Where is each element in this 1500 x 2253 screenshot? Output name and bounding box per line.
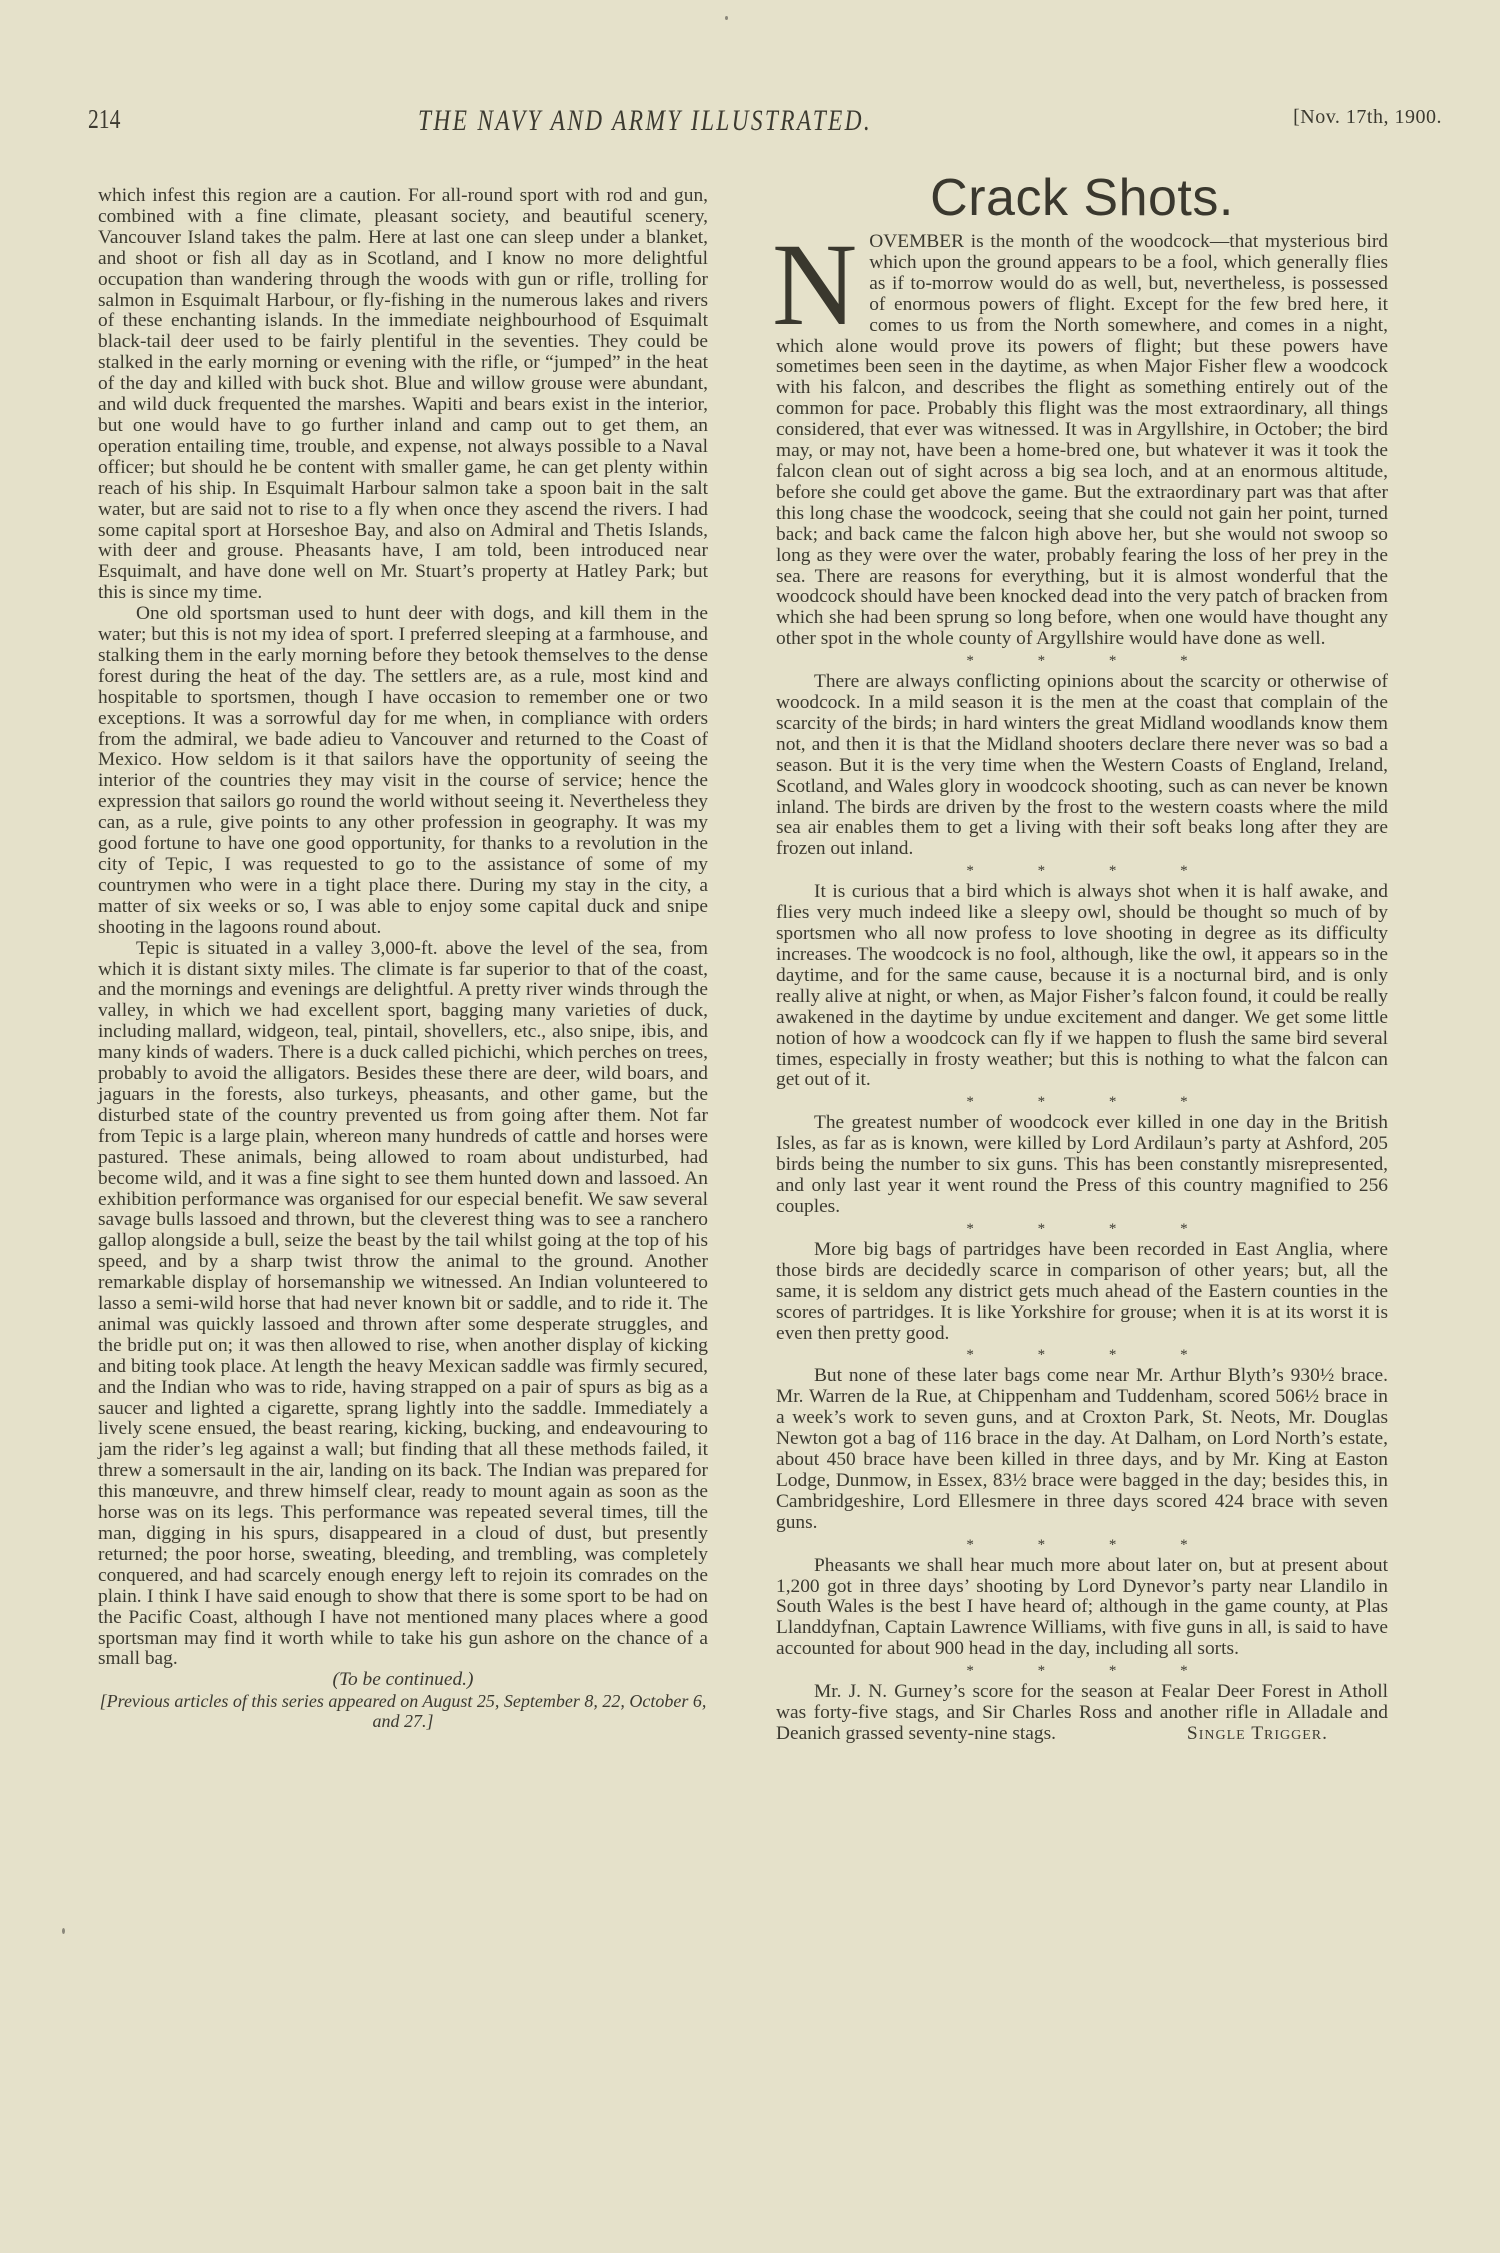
previous-articles-note: [Previous articles of this series appear… xyxy=(98,1691,708,1731)
paragraph-text: is the month of the woodcock—that myster… xyxy=(776,231,1388,649)
paragraph: It is curious that a bird which is alway… xyxy=(776,882,1388,1091)
opening-paragraph: NOVEMBER is the month of the woodcock—th… xyxy=(776,232,1388,650)
paragraph: Mr. J. N. Gurney’s score for the season … xyxy=(776,1682,1388,1745)
article-title: Crack Shots. xyxy=(776,170,1388,226)
paragraph: which infest this region are a caution. … xyxy=(98,186,708,604)
right-column-crack-shots: Crack Shots. NOVEMBER is the month of th… xyxy=(776,170,1388,1745)
paragraph: But none of these later bags come near M… xyxy=(776,1366,1388,1533)
section-break: * * * * xyxy=(776,1218,1388,1240)
section-break: * * * * xyxy=(776,1091,1388,1113)
page-header: 214 THE NAVY AND ARMY ILLUSTRATED. [Nov.… xyxy=(88,104,1442,144)
page-number: 214 xyxy=(88,104,120,135)
opening-smallcaps: OVEMBER xyxy=(869,231,964,252)
to-be-continued-note: (To be continued.) xyxy=(98,1670,708,1691)
author-signature: Single Trigger. xyxy=(1149,1724,1328,1745)
paragraph: Tepic is situated in a valley 3,000-ft. … xyxy=(98,939,708,1671)
paragraph: More big bags of partridges have been re… xyxy=(776,1240,1388,1345)
publication-title: THE NAVY AND ARMY ILLUSTRATED. xyxy=(418,104,872,138)
section-break: * * * * xyxy=(776,1344,1388,1366)
paper-speck xyxy=(725,16,728,20)
drop-cap: N xyxy=(772,238,857,332)
paragraph: One old sportsman used to hunt deer with… xyxy=(98,604,708,939)
section-break: * * * * xyxy=(776,860,1388,882)
paragraph: The greatest number of woodcock ever kil… xyxy=(776,1113,1388,1218)
section-break: * * * * xyxy=(776,1534,1388,1556)
left-column-article-continuation: which infest this region are a caution. … xyxy=(98,186,708,1731)
issue-date: [Nov. 17th, 1900. xyxy=(1293,106,1442,129)
paragraph: Pheasants we shall hear much more about … xyxy=(776,1556,1388,1661)
paragraph: There are always conflicting opinions ab… xyxy=(776,672,1388,860)
section-break: * * * * xyxy=(776,650,1388,672)
paper-speck xyxy=(62,1928,65,1934)
section-break: * * * * xyxy=(776,1660,1388,1682)
